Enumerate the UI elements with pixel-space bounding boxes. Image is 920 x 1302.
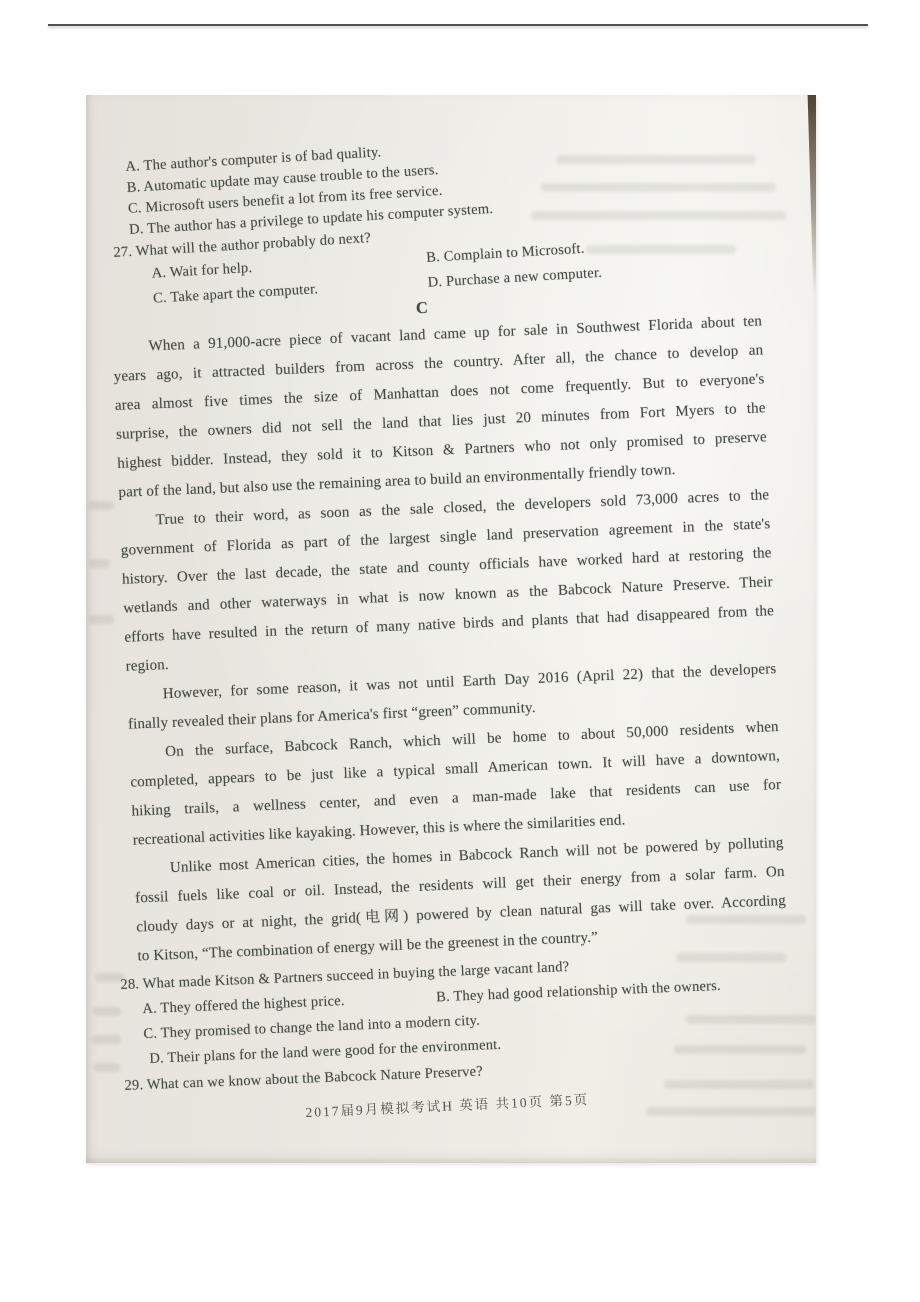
bleedthrough-smudge [674,1045,806,1054]
bleedthrough-smudge [686,915,806,924]
bleedthrough-smudge [586,245,736,254]
bleedthrough-smudge [91,1035,121,1044]
photo-canvas: A. The author's computer is of bad quali… [0,0,920,1302]
bleedthrough-smudge [676,953,786,962]
bleedthrough-smudge [556,155,756,164]
bleedthrough-smudge [686,1015,816,1024]
bleedthrough-smudge [646,1107,816,1116]
passage-text: When a 91,000-acre piece of vacant land … [112,307,788,971]
bleedthrough-smudge [95,973,125,982]
bleedthrough-smudge [88,615,114,624]
bleedthrough-smudge [88,501,114,510]
bleedthrough-smudge [531,211,786,220]
top-rule-line [48,24,868,26]
section-heading: C [416,298,430,318]
bleedthrough-smudge [94,1063,120,1072]
page-edge-shadow [802,95,816,330]
bleedthrough-smudge [664,1080,814,1089]
exam-page: A. The author's computer is of bad quali… [86,95,816,1163]
bleedthrough-smudge [541,183,776,192]
page-footer: 2017届9月模拟考试H 英语 共10页 第5页 [305,1088,589,1121]
bleedthrough-smudge [88,559,110,568]
bleedthrough-smudge [93,1007,121,1016]
